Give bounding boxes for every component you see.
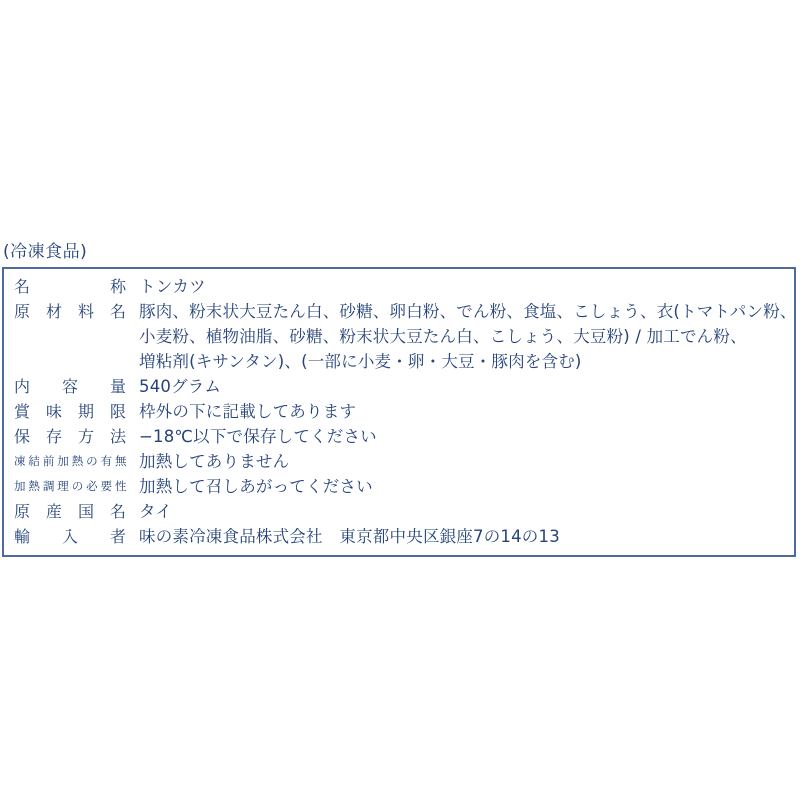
row-value-best-before: 枠外の下に記載してあります [126,399,788,424]
ingredient-spec-table: 名称 トンカツ 原材料名 豚肉、粉末状大豆たん白、砂糖、卵白粉、でん粉、食塩、こ… [2,267,796,557]
row-label-preheated: 凍結前加熱の有無 [14,449,126,474]
row-value-name: トンカツ [126,274,788,299]
ingredients-line-1: 豚肉、粉末状大豆たん白、砂糖、卵白粉、でん粉、食塩、こしょう、衣(トマトパン粉、 [139,299,797,324]
row-value-net-content: 540グラム [126,374,788,399]
row-value-preheated: 加熱してありません [126,449,788,474]
table-row-importer: 輸入者 味の素冷凍食品株式会社 東京都中央区銀座7の14の13 [14,524,788,549]
ingredients-line-2: 小麦粉、植物油脂、砂糖、粉末状大豆たん白、こしょう、大豆粉) / 加工でん粉、 [139,324,797,349]
table-row-net-content: 内容量 540グラム [14,374,788,399]
ingredients-line-3: 増粘剤(キサンタン)、(一部に小麦・卵・大豆・豚肉を含む) [139,349,797,374]
table-row-ingredients: 原材料名 豚肉、粉末状大豆たん白、砂糖、卵白粉、でん粉、食塩、こしょう、衣(トマ… [14,299,788,374]
row-label-storage: 保存方法 [14,424,126,449]
row-value-importer: 味の素冷凍食品株式会社 東京都中央区銀座7の14の13 [126,524,788,549]
table-row-storage: 保存方法 −18℃以下で保存してください [14,424,788,449]
table-row-best-before: 賞味期限 枠外の下に記載してあります [14,399,788,424]
frozen-food-note: (冷凍食品) [3,241,87,263]
row-label-best-before: 賞味期限 [14,399,126,424]
row-value-storage: −18℃以下で保存してください [126,424,788,449]
table-row-origin-country: 原産国名 タイ [14,499,788,524]
row-label-ingredients: 原材料名 [14,299,126,324]
row-label-cooking-required: 加熱調理の必要性 [14,474,126,499]
row-label-net-content: 内容量 [14,374,126,399]
food-label-page: (冷凍食品) 名称 トンカツ 原材料名 豚肉、粉末状大豆たん白、砂糖、卵白粉、で… [0,0,800,800]
table-row-cooking-required: 加熱調理の必要性 加熱して召しあがってください [14,474,788,499]
row-label-name: 名称 [14,274,126,299]
row-value-ingredients: 豚肉、粉末状大豆たん白、砂糖、卵白粉、でん粉、食塩、こしょう、衣(トマトパン粉、… [126,299,797,374]
row-label-origin-country: 原産国名 [14,499,126,524]
table-row-preheated: 凍結前加熱の有無 加熱してありません [14,449,788,474]
row-value-cooking-required: 加熱して召しあがってください [126,474,788,499]
table-row-name: 名称 トンカツ [14,274,788,299]
row-value-origin-country: タイ [126,499,788,524]
row-label-importer: 輸入者 [14,524,126,549]
